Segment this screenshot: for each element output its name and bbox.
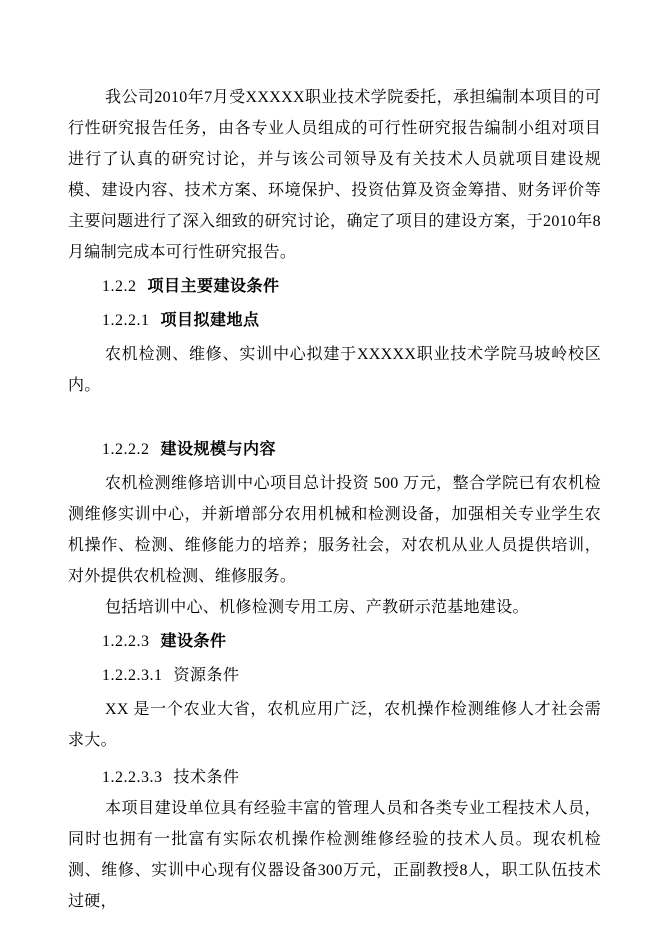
heading-1-2-2-3-number: 1.2.2.3 [102,633,150,650]
document-page: 我公司2010年7月受XXXXX职业技术学院委托，承担编制本项目的可行性研究报告… [0,0,662,936]
subheading-1-2-2-3-1: 1.2.2.3.1 资源条件 [68,660,601,691]
heading-1-2-2-2-title: 建设规模与内容 [161,441,277,458]
paragraph-scale-content: 农机检测维修培训中心项目总计投资 500 万元，整合学院已有农机检测维修实训中心… [68,468,601,592]
heading-1-2-2: 1.2.2 项目主要建设条件 [68,271,601,302]
paragraph-intro: 我公司2010年7月受XXXXX职业技术学院委托，承担编制本项目的可行性研究报告… [68,82,601,268]
heading-1-2-2-1-title: 项目拟建地点 [161,312,260,329]
heading-1-2-2-2-number: 1.2.2.2 [102,441,150,458]
heading-1-2-2-number: 1.2.2 [102,278,137,295]
subheading-1-2-2-3-3-title: 技术条件 [174,769,240,786]
paragraph-includes: 包括培训中心、机修检测专用工房、产教研示范基地建设。 [68,592,601,623]
heading-1-2-2-title: 项目主要建设条件 [148,278,280,295]
heading-1-2-2-2: 1.2.2.2 建设规模与内容 [68,434,601,465]
paragraph-resource: XX 是一个农业大省，农机应用广泛，农机操作检测维修人才社会需求大。 [68,694,601,756]
paragraph-technical: 本项目建设单位具有经验丰富的管理人员和各类专业工程技术人员，同时也拥有一批富有实… [68,793,601,917]
heading-1-2-2-3: 1.2.2.3 建设条件 [68,626,601,657]
subheading-1-2-2-3-1-number: 1.2.2.3.1 [102,667,163,684]
subheading-1-2-2-3-3: 1.2.2.3.3 技术条件 [68,762,601,793]
heading-1-2-2-1: 1.2.2.1 项目拟建地点 [68,305,601,336]
subheading-1-2-2-3-1-title: 资源条件 [174,667,240,684]
heading-1-2-2-3-title: 建设条件 [161,633,227,650]
paragraph-location: 农机检测、维修、实训中心拟建于XXXXX职业技术学院马坡岭校区内。 [68,339,601,401]
subheading-1-2-2-3-3-number: 1.2.2.3.3 [102,769,163,786]
paragraph-gap [68,401,601,431]
heading-1-2-2-1-number: 1.2.2.1 [102,312,150,329]
